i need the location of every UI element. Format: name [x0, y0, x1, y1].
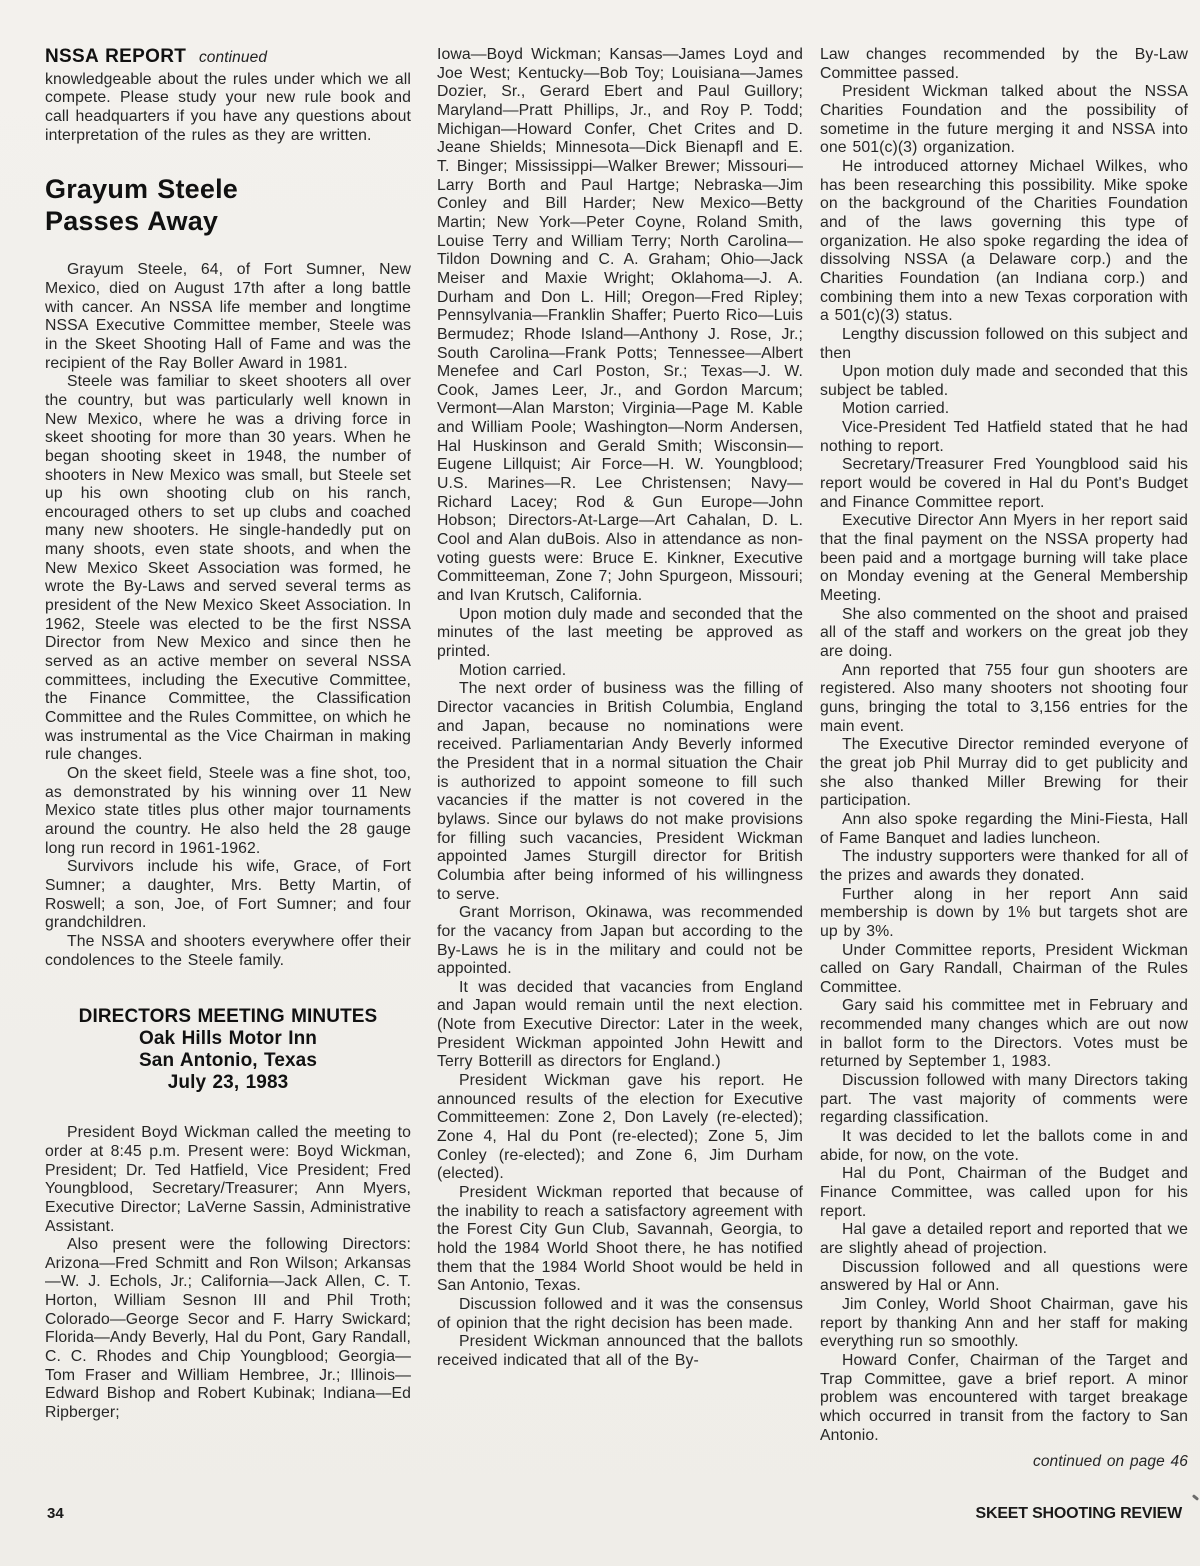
column-1: NSSA REPORT continued knowledgeable abou… [45, 46, 411, 1484]
heading-line: Oak Hills Motor Inn [45, 1028, 411, 1050]
continued-on-page-note: continued on page 46 [820, 1453, 1188, 1472]
column-3: Law changes recommended by the By-Law Co… [820, 46, 1188, 1484]
paragraph: The Executive Director reminded everyone… [820, 736, 1188, 811]
paragraph: On the skeet field, Steele was a fine sh… [45, 765, 411, 858]
paragraph: President Wickman announced that the bal… [437, 1333, 803, 1370]
scan-artifact [1192, 1494, 1199, 1501]
paragraph: Upon motion duly made and seconded that … [437, 606, 803, 662]
nssa-report-title: NSSA REPORT [45, 46, 186, 67]
paragraph: Law changes recommended by the By-Law Co… [820, 46, 1188, 83]
paragraph: Motion carried. [437, 662, 803, 681]
obituary-title-line1: Grayum Steele [45, 174, 238, 204]
column-2: Iowa—Boyd Wickman; Kansas—James Loyd and… [437, 46, 803, 1484]
paragraph: Gary said his committee met in February … [820, 997, 1188, 1072]
paragraph: Steele was familiar to skeet shooters al… [45, 373, 411, 765]
paragraph: Grant Morrison, Okinawa, was recommended… [437, 904, 803, 979]
paragraph: President Boyd Wickman called the meetin… [45, 1124, 411, 1236]
paragraph: Howard Confer, Chairman of the Target an… [820, 1352, 1188, 1445]
paragraph: President Wickman reported that because … [437, 1184, 803, 1296]
continued-label: continued [199, 49, 267, 66]
heading-line: San Antonio, Texas [45, 1050, 411, 1072]
paragraph: Vice-President Ted Hatfield stated that … [820, 419, 1188, 456]
paragraph: President Wickman talked about the NSSA … [820, 83, 1188, 158]
obituary-title-line2: Passes Away [45, 206, 218, 236]
paragraph: Lengthy discussion followed on this subj… [820, 326, 1188, 363]
paragraph: Jim Conley, World Shoot Chairman, gave h… [820, 1296, 1188, 1352]
paragraph: Survivors include his wife, Grace, of Fo… [45, 858, 411, 933]
paragraph: Discussion followed and all questions we… [820, 1259, 1188, 1296]
paragraph: It was decided to let the ballots come i… [820, 1128, 1188, 1165]
paragraph: Executive Director Ann Myers in her repo… [820, 512, 1188, 605]
heading-line: DIRECTORS MEETING MINUTES [45, 1006, 411, 1028]
paragraph: President Wickman gave his report. He an… [437, 1072, 803, 1184]
paragraph: Hal du Pont, Chairman of the Budget and … [820, 1165, 1188, 1221]
nssa-report-continued-header: NSSA REPORT continued [45, 48, 411, 68]
paragraph: Grayum Steele, 64, of Fort Sumner, New M… [45, 261, 411, 373]
paragraph: He introduced attorney Michael Wilkes, w… [820, 158, 1188, 326]
directors-meeting-heading: DIRECTORS MEETING MINUTES Oak Hills Moto… [45, 1006, 411, 1094]
paragraph: The next order of business was the filli… [437, 680, 803, 904]
paragraph: She also commented on the shoot and prai… [820, 606, 1188, 662]
paragraph: Under Committee reports, President Wickm… [820, 942, 1188, 998]
heading-line: July 23, 1983 [45, 1072, 411, 1094]
paragraph: Also present were the following Director… [45, 1236, 411, 1423]
paragraph: The industry supporters were thanked for… [820, 848, 1188, 885]
magazine-page: NSSA REPORT continued knowledgeable abou… [0, 0, 1200, 1566]
paragraph: Hal gave a detailed report and reported … [820, 1221, 1188, 1258]
paragraph: Further along in her report Ann said mem… [820, 886, 1188, 942]
paragraph: Upon motion duly made and seconded that … [820, 363, 1188, 400]
paragraph: Discussion followed and it was the conse… [437, 1296, 803, 1333]
paragraph: Ann also spoke regarding the Mini-Fiesta… [820, 811, 1188, 848]
obituary-title: Grayum Steele Passes Away [45, 173, 411, 237]
paragraph: Motion carried. [820, 400, 1188, 419]
paragraph: Iowa—Boyd Wickman; Kansas—James Loyd and… [437, 46, 803, 606]
paragraph: The NSSA and shooters everywhere offer t… [45, 933, 411, 970]
paragraph: knowledgeable about the rules under whic… [45, 71, 411, 146]
paragraph: Ann reported that 755 four gun shooters … [820, 662, 1188, 737]
paragraph: Secretary/Treasurer Fred Youngblood said… [820, 456, 1188, 512]
paragraph: Discussion followed with many Directors … [820, 1072, 1188, 1128]
magazine-title: SKEET SHOOTING REVIEW [976, 1505, 1183, 1523]
page-number: 34 [47, 1505, 64, 1522]
paragraph: It was decided that vacancies from Engla… [437, 979, 803, 1072]
